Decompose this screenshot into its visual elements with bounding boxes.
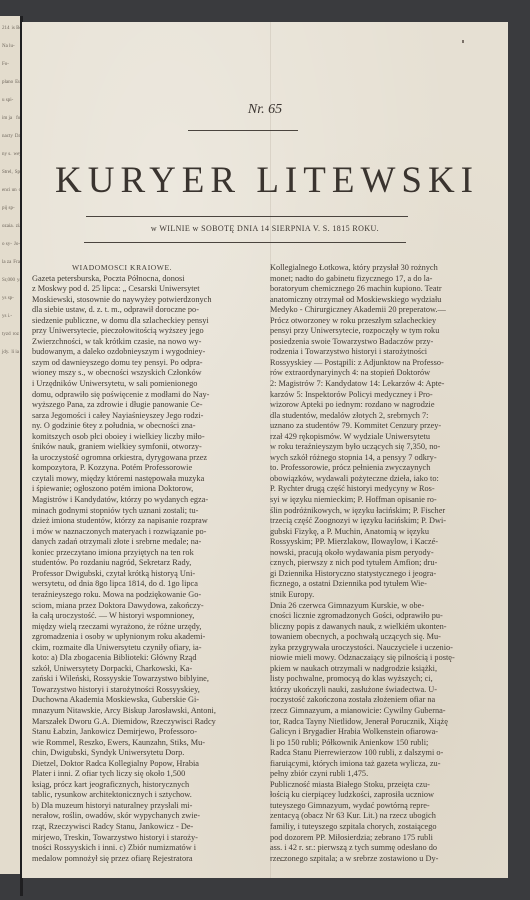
text-line: rzał 429 rękopismów. W wydziale Uniwersy… (270, 432, 498, 443)
text-line: wioney mszy s., w obecności wszyskich Cz… (32, 368, 252, 379)
text-line: dla siebie ustaw, d. z. t. m., odprawił … (32, 305, 252, 316)
text-line: wyższego Pana, za zdrowie i długie panow… (32, 400, 252, 411)
text-line: cności licznie zgromadzonych Gości, odpr… (270, 611, 498, 622)
text-line: pełny zbiór czyni rubli 1,475. (270, 769, 498, 780)
text-line: dla studentów, medalów złotych 2, srebrn… (270, 411, 498, 422)
text-line: dzież imiona studentów, którzy za napisa… (32, 516, 252, 527)
text-line: ass. i 42 r. sr.: pierwszą z tych summę … (270, 843, 498, 854)
text-line: fiaruiącymi, których imiona taż gazeta w… (270, 759, 498, 770)
text-line: obowiązków, wydawali pożyteczne dzieła, … (270, 474, 498, 485)
text-line: pkiem w naukach otrzymali w nadgrodzie k… (270, 664, 498, 675)
text-line: zyka przygrywała uroczystości. Nauczycie… (270, 643, 498, 654)
text-line: monet; nadto do gabinetu fizycznego 17, … (270, 274, 498, 285)
previous-page-fragment: roz (11, 332, 19, 337)
text-line: pod dozorem PP. Miłosierdzia; zebrano 17… (270, 833, 498, 844)
text-line: ła uroczystość ogromna orkiestra, dyrygo… (32, 453, 252, 464)
dateline-rule-top (86, 216, 408, 217)
text-line: Dietzel, Doktor Radca Kollegialny Popow,… (32, 759, 252, 770)
text-line: niowie mieli mowy. Odznaczaiący się piln… (270, 653, 498, 664)
text-line: Publiczność miasta Białego Stoku, przeię… (270, 780, 498, 791)
previous-page-fragment: o sy- (0, 242, 12, 247)
text-line: Rossyyskim; PP. Mierzlakow, Ilowaylow, i… (270, 537, 498, 548)
previous-page-fragment: Na lu- (0, 44, 15, 49)
previous-page-fragment: plano (0, 80, 13, 85)
text-line: komitszych osob płci oboiey i wielkiey l… (32, 432, 252, 443)
text-line: rodzenia i Towarzystwo historyi i staroż… (270, 347, 498, 358)
previous-page-fragment: li ia (9, 350, 19, 355)
right-column: Kollegialnego Łotkowa, który przysłał 30… (270, 263, 498, 864)
ink-speck (462, 40, 464, 43)
text-line: Marszałek Dworu G.A. Diemidow, Rzeczywis… (32, 717, 252, 728)
text-line: pensyi przy Uniwersytecie, rozpoczęły w … (270, 326, 498, 337)
text-line: Rossyyskiey — Postąpili: z Adjunktow na … (270, 358, 498, 369)
text-line: z Moskwy pod d. 25 lipca: „ Cesarski Uni… (32, 284, 252, 295)
text-line: Kollegialnego Łotkowa, który przysłał 30… (270, 263, 498, 274)
text-line: karzów 5: Inspektorów Policyi medyczney … (270, 390, 498, 401)
text-line: budowanym, a daleko ozdobnieyszym i wygo… (32, 347, 252, 358)
newspaper-title: KURYER LITEWSKI (34, 159, 500, 202)
text-line: ła całą uroczystość. — W historyi wspomn… (32, 611, 252, 622)
previous-page-fragment: pij sp- (0, 206, 15, 211)
text-line: Duchowna Akademia Moskiewska, Guberskie … (32, 695, 252, 706)
previous-page-fragment: nacty (0, 134, 13, 139)
text-line: Gazeta petersburska, Poczta Północna, do… (32, 274, 252, 285)
text-line: syi w ięzyku niemieckim; P. Hoffman opis… (270, 495, 498, 506)
text-line: Zwierzchności, w tak krótkim czasie, na … (32, 337, 252, 348)
text-line: familiy, i tuteyszego szpitala chorych, … (270, 822, 498, 833)
text-line: towaniem obecnych, a pochwałą uczących s… (270, 632, 498, 643)
previous-page-fragment: jdy. (0, 350, 9, 355)
text-line: Professor Dwigubski, czytał krótką histo… (32, 569, 252, 580)
text-line: stnik Europy. (270, 590, 498, 601)
text-line: cznych, pierwszy z nich pod tytułem Amfi… (270, 558, 498, 569)
text-line: roczystość zakończona została złożeniem … (270, 695, 498, 706)
title-rule-top (188, 130, 298, 131)
previous-page-fragment: ys i.- (0, 314, 12, 319)
text-line: szym od dawnieyszego domu tey pensyi. Po… (32, 358, 252, 369)
text-line: P. Rychter drugą część historyi medycyny… (270, 484, 498, 495)
text-line: i śpiewanie; ogłoszono potém imiona Dokt… (32, 484, 252, 495)
ink-speck (280, 860, 285, 861)
text-line: chin, Dwigubski, Syndyk Uniwersytetu Dor… (32, 748, 252, 759)
text-line: wersytetu, od dnia 8go lipca 1814, do d.… (32, 579, 252, 590)
text-line: wie Rommel, Reszko, Ewers, Kaunzahn, Sti… (32, 738, 252, 749)
previous-page-edge: 214is Bo-Na lu-Fo-planoEu-u spi-im jafo … (0, 16, 22, 874)
previous-page-fragment: enci un (0, 188, 17, 193)
text-line: mnazyum Nitawskie, Arcy Biskup Jarosławs… (32, 706, 252, 717)
text-line: Dnia 26 czerwca Gimnazyum Kurskie, w obe… (270, 601, 498, 612)
text-line: kompozytora, P. Kozzyna. Potém Professor… (32, 463, 252, 474)
dateline-rule-bottom (84, 242, 406, 243)
previous-page-fragment (15, 206, 17, 211)
text-line: li po 150 rubli; Półkownik Anienkow 150 … (270, 738, 498, 749)
text-line: rząt, Rzeczywisci Radcy Stanu, Jankowicz… (32, 822, 252, 833)
previous-page-fragment: ys sp- (0, 296, 14, 301)
previous-page-fragment: tyzd (0, 332, 11, 337)
text-line: to. Professorowie, prócz pełnienia zwycz… (270, 463, 498, 474)
text-line: danych zadań otrzymali złote i srebrne m… (32, 537, 252, 548)
newspaper-page: Nr. 65 KURYER LITEWSKI w WILNIE w SOBOTĘ… (22, 22, 508, 878)
text-line: wizorow Apteki po iednym: rozdano w nagr… (270, 400, 498, 411)
text-line: między wielą rzeczami wyrażono, że różne… (32, 622, 252, 633)
text-line: tuteyszego Gimnazyum, wydać powtórną rep… (270, 801, 498, 812)
text-line: ficznego, a ostatni Dziennika pod tytułe… (270, 579, 498, 590)
text-line: koniec przeczytano imiona przyiętych na … (32, 548, 252, 559)
text-line: sarza Jegomości i całey Nayiaśnieyszey J… (32, 411, 252, 422)
previous-page-fragment: ozaia. (0, 224, 14, 229)
text-line: boratoryum chemicznego 26 machin kupiono… (270, 284, 498, 295)
issue-number: Nr. 65 (22, 102, 508, 118)
text-line: Magistrów i Kandydatów, którzy po wydany… (32, 495, 252, 506)
text-line: łością ku cierpiącey ludzkości, zaprosił… (270, 790, 498, 801)
previous-page-fragment: la za (0, 260, 11, 265)
dateline: w WILNIE w SOBOTĘ DNIA 14 SIERPNIA V. S.… (22, 224, 508, 233)
text-line: szkół, Uniwersytety Dorpacki, Charkowski… (32, 664, 252, 675)
text-line: trzecią część Zoognozyi w ięzyku łacińsk… (270, 516, 498, 527)
text-line: tności Rossyyskich i inni. c) Zbiór numi… (32, 843, 252, 854)
text-line: 2: Magistrów 7: Kandydatow 14: Lekarzów … (270, 379, 498, 390)
text-line: studentów. Po rozdaniu nagród, Sekretarz… (32, 558, 252, 569)
text-line: uznano za studentów 79. Kommitet Cenzury… (270, 421, 498, 432)
previous-page-fragment: 214 (0, 26, 10, 31)
previous-page-fragment: Sr,000 (0, 278, 15, 283)
text-line: zgromadzenia i osoby w upłynionym roku a… (32, 632, 252, 643)
text-line: przy Uniwersytecie, pieczołowitością wyż… (32, 326, 252, 337)
text-line: b) Dla muzeum historyi naturalney przysł… (32, 801, 252, 812)
text-line: zentacyą (obacz Nr 63 Kur. Lit.) na rzec… (270, 811, 498, 822)
text-line: listy pochwalne, promocyą do klas wyższy… (270, 674, 498, 685)
text-line: rów extraordynaryinych 4: na stopień Dok… (270, 368, 498, 379)
text-line: gi Dziennika Historyczno statystycznego … (270, 569, 498, 580)
text-line: ny. O godzinie 6tey z południa, w obecno… (32, 421, 252, 432)
text-line: Plater i inni. Z ofiar tych liczy się ok… (32, 769, 252, 780)
previous-page-fragment: Strel, (0, 170, 13, 175)
text-line: nerałow, roślin, owadów, skór wypychanyc… (32, 811, 252, 822)
previous-page-fragment: u spi- (0, 98, 13, 103)
text-line: rzeczonego szpitala; a w srebrze zostawi… (270, 854, 498, 865)
text-line: Prócz otworzoney w roku przeszłym szlach… (270, 316, 498, 327)
text-line: Towarzystwo historyi i starożytności Ros… (32, 685, 252, 696)
text-line: Moskiewski, stosownie do naywyżey potwie… (32, 295, 252, 306)
text-line: tablic, rysunkow architektonicznych i sz… (32, 790, 252, 801)
previous-page-fragment: im ja (0, 116, 12, 121)
text-line: gubski Fizykę, a P. Muchin, Anatomią w i… (270, 527, 498, 538)
text-line: Galicyn i Brygadier Hrabia Wolkenstein o… (270, 727, 498, 738)
text-line: którzy ukończyli nauki, zasłużone świade… (270, 685, 498, 696)
text-line: bliczny popis z dawanych nauk, z wielkié… (270, 622, 498, 633)
text-line: i Urzędników Uniwersytetu, w sali pomien… (32, 379, 252, 390)
text-line: ckim, rozmaite dla Uniwersytetu czyniły … (32, 643, 252, 654)
text-line: Medyko - Chirurgiczney Akademii 20 prepe… (270, 305, 498, 316)
text-line: czytali mowy, między któremi następowała… (32, 474, 252, 485)
text-line: koto: a) Dla zbogacenia Biblioteki: Głów… (32, 653, 252, 664)
text-line: mirjewo, Treskin, Towarzystwo historyi i… (32, 833, 252, 844)
text-line: anatomiczny otrzymał od Moskiewskiego wy… (270, 295, 498, 306)
text-line: w roku teraźnieyszym było uczących się 7… (270, 442, 498, 453)
text-line: ksiąg, prócz kart jeograficznych, histor… (32, 780, 252, 791)
text-line: śników nauk, graniem wielkiey symfonii, … (32, 442, 252, 453)
previous-page-fragment: ny s. (0, 152, 11, 157)
section-heading: WIADOMOSCI KRAIOWE. (32, 263, 252, 274)
text-line: wych szkół różnego stopnia 14, a pensyy … (270, 453, 498, 464)
left-column: WIADOMOSCI KRAIOWE. Gazeta petersburska,… (32, 263, 252, 864)
text-line: domu, odprawiło się poświęcenie z modłam… (32, 390, 252, 401)
text-line: sciom, miana przez Doktora Dawydowa, zak… (32, 601, 252, 612)
text-line: tor, Radca Tayny Nietlidow, Jenerał Poru… (270, 717, 498, 728)
text-line: rzecz Gimnazyum, a mianowicie: Cywilny G… (270, 706, 498, 717)
previous-page-fragment: Jo- (12, 242, 20, 247)
text-line: i mów w naznaczonych materyach i rozwiąz… (32, 527, 252, 538)
text-line: minach godnymi stopniów tych uznani zost… (32, 506, 252, 517)
text-line: Stanu Łabzin, Jankowicz Demirjewo, Profe… (32, 727, 252, 738)
text-line: Radca Stanu Pierrewierzow 100 rubli, z d… (270, 748, 498, 759)
text-line: medalow pomnożył się przez ofiarę Rejest… (32, 854, 252, 865)
previous-page-fragment: Fo- (0, 62, 9, 67)
text-line: zański i Wileński, Rossyyskie Towarzystw… (32, 674, 252, 685)
text-line: posiedzenia swoie Towarzystwo Badaczów p… (270, 337, 498, 348)
text-line: siedzenie publiczne, w domu dla szlachec… (32, 316, 252, 327)
text-line: nowski, pracują około wydawania pism per… (270, 548, 498, 559)
text-line: ślin podróżnikowych, w ięzyku łacińskim;… (270, 506, 498, 517)
text-line: teraźnieyszego roku. Mowa na podziękowan… (32, 590, 252, 601)
